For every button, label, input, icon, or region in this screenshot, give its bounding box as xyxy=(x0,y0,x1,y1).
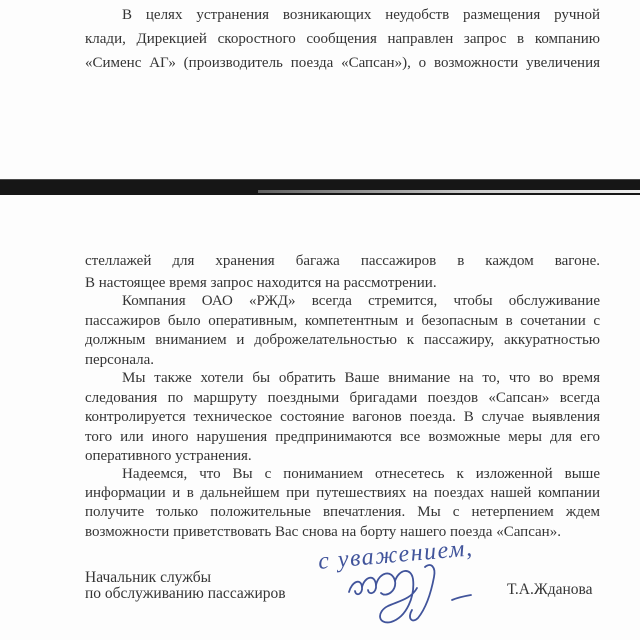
text-line: контролируется техническое состояние ваг… xyxy=(85,408,600,428)
page-break-scan-bar xyxy=(0,180,640,195)
text-line: стеллажей для хранения багажа пассажиров… xyxy=(85,250,600,272)
signer-title-line1: Начальник службы xyxy=(85,570,286,586)
signer-name: Т.А.Жданова xyxy=(507,581,593,599)
scan-bar-top-edge xyxy=(0,179,640,180)
signer-title-line2: по обслуживанию пассажиров xyxy=(85,586,286,602)
text-line: Компания ОАО «РЖД» всегда стремится, что… xyxy=(85,292,600,312)
paragraph-closing-hope: Надеемся, что Вы с пониманием отнесетесь… xyxy=(85,465,600,542)
scan-bar-light-streak xyxy=(258,190,640,193)
text-line: Надеемся, что Вы с пониманием отнесетесь… xyxy=(85,465,600,484)
text-line: получите только положительные впечатлени… xyxy=(85,503,600,522)
text-line: «Сименс АГ» (производитель поезда «Сапса… xyxy=(85,51,600,75)
page1-paragraph-fragment: В целях устранения возникающих неудобств… xyxy=(85,3,600,75)
handwritten-signature-icon xyxy=(335,560,485,632)
signer-title: Начальник службы по обслуживанию пассажи… xyxy=(85,570,286,601)
text-line: В настоящее время запрос находится на ра… xyxy=(85,272,600,294)
paragraph-technical-monitoring: Мы также хотели бы обратить Ваше внимани… xyxy=(85,369,600,467)
text-line: того или иного нарушения предпринимаются… xyxy=(85,428,600,448)
text-line: следования по маршруту поездными бригада… xyxy=(85,389,600,409)
text-line: Мы также хотели бы обратить Ваше внимани… xyxy=(85,369,600,389)
text-line: пассажиров было оперативным, компетентны… xyxy=(85,312,600,332)
paragraph-storage-shelves: стеллажей для хранения багажа пассажиров… xyxy=(85,250,600,294)
text-line: персонала. xyxy=(85,351,600,371)
text-line: клади, Дирекцией скоростного сообщения н… xyxy=(85,27,600,51)
text-line: возможности приветствовать Вас снова на … xyxy=(85,523,600,542)
text-line: В целях устранения возникающих неудобств… xyxy=(85,3,600,27)
text-line: должным вниманием и доброжелательностью … xyxy=(85,331,600,351)
scanned-letter-page: В целях устранения возникающих неудобств… xyxy=(0,0,640,640)
paragraph-company-service: Компания ОАО «РЖД» всегда стремится, что… xyxy=(85,292,600,370)
text-line: информации и в дальнейшем при путешестви… xyxy=(85,484,600,503)
